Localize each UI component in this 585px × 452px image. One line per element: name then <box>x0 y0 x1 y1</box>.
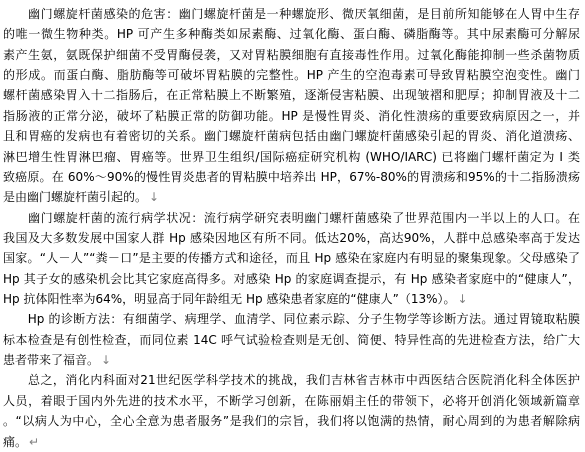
line-text: 螺杆菌感染胃入十二指肠后，在正常粘膜上不断繁殖，逐渐侵害粘膜、出现皱褶和肥厚；抑… <box>3 88 580 102</box>
text-line: 。“以病人为中心，全心全意为患者服务”是我们的宗旨，我们将以饱满的热情，耐心周到… <box>3 411 582 431</box>
line-text: 的唯一微生物种类。HP 可产生多种酶类如尿素酶、过氧化酶、蛋白酶、磷脂酶等。其中… <box>3 27 580 41</box>
formatting-mark <box>580 211 582 225</box>
formatting-mark <box>580 272 582 286</box>
text-line: 素产生氨，氨既保护细菌不受胃酶侵袭，又对胃粘膜细胞有直接毒性作用。过氧化酶能抑制… <box>3 45 582 65</box>
text-line: 指肠液的正常分泌，破坏了粘膜正常的防御功能。HP 是慢性胃炎、消化性溃疡的重要致… <box>3 106 582 126</box>
text-line: 总之，消化内科面对21世纪医学科学技术的挑战，我们吉林省吉林市中西医结合医院消化… <box>3 370 582 390</box>
text-line: Hp 抗体阳性率为64%，明显高于同年龄组无 Hp 感染患者家庭的“健康人”（1… <box>3 289 582 309</box>
formatting-mark <box>580 251 582 265</box>
line-text: 是由幽门螺旋杆菌引起的。 <box>3 190 147 204</box>
line-text: 患者带来了福音。 <box>3 353 99 367</box>
line-text: 标本检查是有创性检查，而同位素 14C 呼气试验检查则是无创、简便、特异性高的先… <box>3 333 580 347</box>
formatting-mark <box>580 109 582 123</box>
text-line: 人员，着眼于国内外先进的技术水平，不断学习创新，在陈丽娟主任的带领下，必将开创消… <box>3 391 582 411</box>
text-line: 致癌原。在 60%～90%的慢性胃炎患者的胃粘膜中培养出 HP，67%-80%的… <box>3 167 582 187</box>
formatting-mark <box>580 333 582 347</box>
text-line: 痛。↵ <box>3 432 582 452</box>
text-line: Hp 的诊断方法：有细菌学、病理学、血清学、同位素示踪、分子生物学等诊断方法。通… <box>3 309 582 329</box>
line-text: 。“以病人为中心，全心全意为患者服务”是我们的宗旨，我们将以饱满的热情，耐心周到… <box>3 414 580 428</box>
text-line: 是由幽门螺旋杆菌引起的。↓ <box>3 187 582 207</box>
line-text: 幽门螺旋杆菌的流行病学状况：流行病学研究表明幽门螺杆菌感染了世界范围内一半以上的… <box>3 211 580 225</box>
formatting-mark <box>580 170 582 184</box>
line-text: 素产生氨，氨既保护细菌不受胃酶侵袭，又对胃粘膜细胞有直接毒性作用。过氧化酶能抑制… <box>3 48 580 62</box>
formatting-mark <box>580 7 582 21</box>
line-break-mark: ↓ <box>456 292 468 306</box>
formatting-mark <box>580 373 582 387</box>
text-line: 我国及大多数发展中国家人群 Hp 感染因地区有所不同。低达20%，高达90%，人… <box>3 228 582 248</box>
line-text: 我国及大多数发展中国家人群 Hp 感染因地区有所不同。低达20%，高达90%，人… <box>3 231 580 245</box>
text-line: 国家。“人－人”“粪－口”是主要的传播方式和途径，而且 Hp 感染在家庭内有明显… <box>3 248 582 268</box>
text-line: 幽门螺旋杆菌感染的危害：幽门螺旋杆菌是一种螺旋形、微厌氧细菌，是目前所知能够在人… <box>3 4 582 24</box>
text-line: 且和胃癌的发病也有着密切的关系。幽门螺旋杆菌病包括由幽门螺旋杆菌感染引起的胃炎、… <box>3 126 582 146</box>
text-line: 标本检查是有创性检查，而同位素 14C 呼气试验检查则是无创、简便、特异性高的先… <box>3 330 582 350</box>
formatting-mark <box>580 312 582 326</box>
text-line: 的唯一微生物种类。HP 可产生多种酶类如尿素酶、过氧化酶、蛋白酶、磷脂酶等。其中… <box>3 24 582 44</box>
formatting-mark <box>580 414 582 428</box>
formatting-mark <box>580 231 582 245</box>
formatting-mark <box>580 48 582 62</box>
document-page[interactable]: 幽门螺旋杆菌感染的危害：幽门螺旋杆菌是一种螺旋形、微厌氧细菌，是目前所知能够在人… <box>0 0 585 452</box>
line-text: Hp 其子女的感染机会比其它家庭高得多。对感染 Hp 的家庭调查提示，有 Hp … <box>3 272 580 286</box>
line-text: 淋巴增生性胃淋巴瘤、胃癌等。世界卫生组织/国际癌症研究机构 (WHO/IARC)… <box>3 150 580 164</box>
formatting-mark <box>580 129 582 143</box>
text-line: Hp 其子女的感染机会比其它家庭高得多。对感染 Hp 的家庭调查提示，有 Hp … <box>3 269 582 289</box>
text-line: 幽门螺旋杆菌的流行病学状况：流行病学研究表明幽门螺杆菌感染了世界范围内一半以上的… <box>3 208 582 228</box>
paragraph-mark: ↵ <box>27 435 39 449</box>
formatting-mark <box>580 68 582 82</box>
formatting-mark <box>580 27 582 41</box>
line-text: 致癌原。在 60%～90%的慢性胃炎患者的胃粘膜中培养出 HP，67%-80%的… <box>3 170 580 184</box>
text-line: 淋巴增生性胃淋巴瘤、胃癌等。世界卫生组织/国际癌症研究机构 (WHO/IARC)… <box>3 147 582 167</box>
line-text: 指肠液的正常分泌，破坏了粘膜正常的防御功能。HP 是慢性胃炎、消化性溃疡的重要致… <box>3 109 580 123</box>
formatting-mark <box>580 394 582 408</box>
text-line: 螺杆菌感染胃入十二指肠后，在正常粘膜上不断繁殖，逐渐侵害粘膜、出现皱褶和肥厚；抑… <box>3 85 582 105</box>
line-text: 幽门螺旋杆菌感染的危害：幽门螺旋杆菌是一种螺旋形、微厌氧细菌，是目前所知能够在人… <box>3 7 580 21</box>
line-text: 且和胃癌的发病也有着密切的关系。幽门螺旋杆菌病包括由幽门螺旋杆菌感染引起的胃炎、… <box>3 129 580 143</box>
line-text: Hp 的诊断方法：有细菌学、病理学、血清学、同位素示踪、分子生物学等诊断方法。通… <box>3 312 580 326</box>
line-text: 人员，着眼于国内外先进的技术水平，不断学习创新，在陈丽娟主任的带领下，必将开创消… <box>3 394 580 408</box>
line-text: 国家。“人－人”“粪－口”是主要的传播方式和途径，而且 Hp 感染在家庭内有明显… <box>3 251 580 265</box>
text-line: 患者带来了福音。↓ <box>3 350 582 370</box>
line-text: 的形成。而蛋白酶、脂肪酶等可破坏胃粘膜的完整性。HP 产生的空泡毒素可导致胃粘膜… <box>3 68 580 82</box>
formatting-mark <box>580 88 582 102</box>
line-text: Hp 抗体阳性率为64%，明显高于同年龄组无 Hp 感染患者家庭的“健康人”（1… <box>3 292 456 306</box>
line-break-mark: ↓ <box>99 353 111 367</box>
line-text: 痛。 <box>3 435 27 449</box>
formatting-mark <box>580 150 582 164</box>
text-line: 的形成。而蛋白酶、脂肪酶等可破坏胃粘膜的完整性。HP 产生的空泡毒素可导致胃粘膜… <box>3 65 582 85</box>
line-break-mark: ↓ <box>147 190 159 204</box>
line-text: 总之，消化内科面对21世纪医学科学技术的挑战，我们吉林省吉林市中西医结合医院消化… <box>3 373 580 387</box>
